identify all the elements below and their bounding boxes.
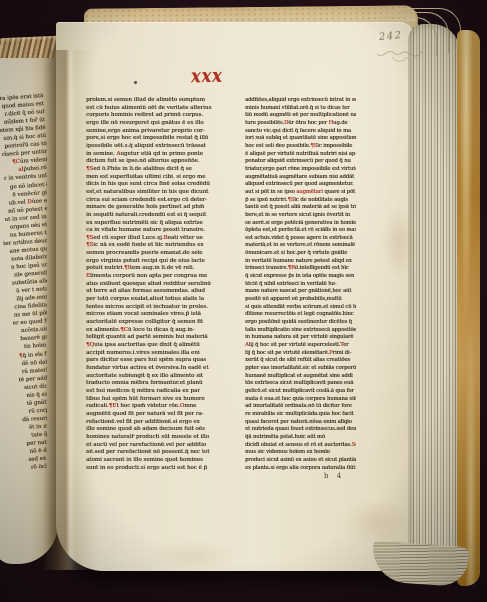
text-line: ipossibile oēt.s.q̄ aliquid extrinsecū t…: [86, 143, 220, 151]
text-line: mane nature nascat per gnātionē,hoc aūt: [245, 288, 356, 296]
text-line: in veritatē humane nature potest aliqd e…: [245, 258, 356, 266]
text-line: ex planta.si ergo alia corpora naturalia…: [245, 465, 356, 473]
text-line: ¶Sed ō.Phūs in li.de aīalibus dicit q̄ s…: [86, 166, 220, 174]
text-line: tantū est q̄ possit aliā materiā ad se i…: [245, 204, 356, 212]
quire-signature: b 4: [324, 472, 341, 480]
text-line: se aerē.si ergo potēciā generativa in ho…: [245, 220, 356, 228]
text-line: ē aliquē per virtutē nutritīuā nutriri n…: [245, 151, 356, 159]
text-line: radicali.¶Et hoc ipsm̄ videtur rōe.Omne: [86, 403, 220, 411]
text-line: quasi faceret per naturā.nōua enim alīqī…: [245, 419, 356, 427]
text-line: ¶Quia ipsa auctoritas que dixit q̄ alimē…: [86, 342, 220, 350]
text-line: ¶Sic nā ex eodē fonte et hīc nutriendus …: [86, 242, 220, 250]
text-line: tentes micros accipit et inchoatur in pr…: [86, 304, 220, 312]
text-line: in humana natura sit per virtutē singula…: [245, 334, 356, 342]
text-line: minis humani vtilitat.orē.q̄ si tu dicas…: [245, 105, 356, 113]
bottom-page-edges: [371, 541, 470, 588]
text-line: triatur,ergo pari rōne impossibile est v…: [245, 166, 356, 174]
text-line: tōe extrīseca sicut multiplicavit panes …: [245, 380, 356, 388]
text-line: auctoritatē expresse colligitur q̄ semen…: [86, 319, 220, 327]
text-line: ex alimento.¶Cū loco tu dicas q̄ aug.in-: [86, 327, 220, 335]
left-page-column-fragment: ra ipōs erat istāEt quod maius estr.dici…: [0, 92, 47, 480]
text-line: telligit quantū ad partē seminis hui mat…: [86, 334, 220, 342]
text-line: ōmunicare.et si hoc.per q̄ virtute gnātī…: [245, 250, 356, 258]
text-line: tibus hui spēm hūt formari sive ex humor…: [86, 396, 220, 404]
text-line: ut terre ad alias formas assumendas. ali…: [86, 288, 220, 296]
text-column-right: additōes,aliquid ergo extrinsecū intrat …: [245, 97, 356, 472]
text-line: illo semine quod ab adam decisum fuit oē…: [86, 426, 220, 434]
text-line: fundatur virtus activa et ōversiva.In ea…: [86, 365, 220, 373]
text-line: auctoritate subiungit q̄ ex illo aliment…: [86, 373, 220, 381]
text-line: ergo virginis potuit recipi qui de eius …: [86, 258, 220, 266]
left-page-text-strip: ra ipōs erat istāEt quod maius estr.dici…: [0, 92, 47, 480]
text-line: ergo ille nō resurgeret qui gnātus ē ex …: [86, 120, 220, 128]
text-line: dītione resurrectōis et legē cognatōis.h…: [245, 311, 356, 319]
text-line: ergo positōnē quidā sustinentur dicētes …: [245, 319, 356, 327]
text-line: corporis hominis rediret ad primū corpus…: [86, 112, 220, 120]
text-line: ¶Sed cū super illud Luce.xj.Beati vēter …: [86, 235, 220, 243]
text-line: semine,ergo anima privaretur proprio cor…: [86, 128, 220, 136]
text-line: q̄ sicut expresse p̄s in ista opīōe magi…: [245, 273, 356, 281]
fore-edge-stack: [408, 24, 460, 580]
text-line: augmētū quod fit per naturā vel fit per …: [86, 411, 220, 419]
text-line: talis multiplicatio sine extrinsecā appo…: [245, 327, 356, 335]
text-line: ppter eas imortalitatē.sic et subiās cor…: [245, 365, 356, 373]
folio-number: 242: [379, 30, 403, 43]
text-line: mata ē eua.et hoc quia corpora humana sū…: [245, 396, 356, 404]
text-line: men est superfluitas ultimi cibi. si erg…: [86, 174, 220, 182]
text-line: in semine. Augetur etiā qd in primo pont…: [86, 151, 220, 159]
text-line: aliquod extrinsecū per quod augmentetur.: [245, 181, 356, 189]
cover-edge: [457, 30, 480, 586]
text-line: ex superfluo nutrimēti sic q̄ aliqua ext…: [86, 220, 220, 228]
text-line: augmētatiuā augmētare subiam nisi addāt: [245, 174, 356, 182]
text-line: sancto vic.qui dicit q̄ facere aliquid i…: [245, 128, 356, 136]
text-line: atomi sacrant in illo semine quot homine…: [86, 457, 220, 465]
text-line: pore,si ergo hoc est impossibile restat …: [86, 135, 220, 143]
text-line: positō nō apparet eē probabilis,multū: [245, 296, 356, 304]
text-line: minare de generatōe hoīs pertinet ad phm…: [86, 204, 220, 212]
text-line: xerūt q̄ sicut de sibī refūit alias crea…: [245, 357, 356, 365]
text-line: ca in vitate humane nature possit transi…: [86, 227, 220, 235]
text-line: additōes,aliquid ergo extrinsecū intrat …: [245, 97, 356, 105]
text-line: dicis in his que sunt circa finē solas c…: [86, 181, 220, 189]
text-line: circa sui sciam credendū est.ergo cū det…: [86, 197, 220, 205]
folio-flourish-icon: [374, 44, 424, 66]
text-line: nē.sed per rarefactionē nō possent.q̄ ne…: [86, 449, 220, 457]
text-line: accipit numeros.i.vires seminales.illa e…: [86, 350, 220, 358]
text-line: ponatur aliquid extrinsecū per quod q̄ n…: [245, 158, 356, 166]
text-line: produci sicut asinū ex asino et sicut pl…: [245, 457, 356, 465]
text-line: q̄ā nutrimēta pstat.huic aūt mō: [245, 434, 356, 442]
text-line: ad imortalitatē ordinata.nō tū dicitur f…: [245, 403, 356, 411]
text-line: est cū huius alimentū oēt de veritate al…: [86, 105, 220, 113]
text-line: gelicō.et sicut multiplicavit coslā.ā qu…: [245, 388, 356, 396]
text-line: in sequēti naturali.credendū est ei q̄ s…: [86, 212, 220, 220]
ink-speck: [134, 81, 137, 84]
text-line: semen procreandis pueris emanat.de seīe: [86, 250, 220, 258]
text-line: sunt in eo producti.si ergo aucti est ho…: [86, 465, 220, 473]
text-line: Alij q̄ hoc sit per virtutē supercelestī…: [245, 342, 356, 350]
text-line: et aucti vel per rarefactionē.vel per ad…: [86, 442, 220, 450]
text-line: aut si pōt in se ipso augmētari quare si…: [245, 189, 356, 197]
text-line: ture possibilēs.Dūr ōtra hoc per Hug.de: [245, 120, 356, 128]
text-line: tēciē q̄ nihil extrīseci in veritatē hu-: [245, 281, 356, 289]
text-line: humanē multiplicat et augmētat sine addi: [245, 373, 356, 381]
text-line: refactionē.vel fit per additionē.si ergo…: [86, 419, 220, 427]
text-line: tij q̄ hoc sit pe virtutē elemētarē.Prim…: [245, 350, 356, 358]
text-line: materiā,et in se vertere.et rōnem semina…: [245, 242, 356, 250]
text-line: per totū corpus exalat.aliud totius aīal…: [86, 296, 220, 304]
text-line: dictum fuit se ipso.nō alterius appositō…: [86, 158, 220, 166]
text-line: Elimenta corporū non apta per congrua me: [86, 273, 220, 281]
text-line: est hui medicos q̄ mēbra radicalia ex pa…: [86, 388, 220, 396]
book-photograph: ra ipōs erat istāEt quod maius estr.dici…: [0, 0, 487, 602]
text-line: hoc est soli deo possibile.¶Sīc impossib…: [245, 143, 356, 151]
text-line: dicidī obuiat et sensus et rō et auctori…: [245, 442, 356, 450]
text-line: est,et naturalibus similiter in his que …: [86, 189, 220, 197]
text-line: micros etiam vocat seminales vires.p̄ is…: [86, 311, 220, 319]
text-column-left: prolem.si semen illud de alimēto sumptum…: [86, 97, 220, 472]
text-line: tiū modū augmēti eē per multiplicationē …: [245, 112, 356, 120]
text-line: atus exiliunt quosque aliud redditur ser…: [86, 281, 220, 289]
text-line: mus sic videmus hoīem ex homīe: [245, 449, 356, 457]
text-line: prolem.si semen illud de alimēto sumptum: [86, 97, 220, 105]
text-line: pars dicitur esse pars hui spēm supra qu…: [86, 357, 220, 365]
text-line: ōpleta est,et perfectā.et rō sciālīs in …: [245, 227, 356, 235]
text-line: et nutrieda quasi fouet extrinsecus.sed …: [245, 426, 356, 434]
text-line: bere,et in se vertere sicut ignis ōverti…: [245, 212, 356, 220]
text-line: potuit nutriri.¶Item aug.in li.de vē rel…: [86, 265, 220, 273]
text-line: p̄ se ipsū nutriri.¶Sīc de nobilitate au…: [245, 197, 356, 205]
text-line: si quis attendāt verba scōrum.et simul c…: [245, 304, 356, 312]
chapter-heading: xxx: [191, 64, 223, 87]
text-line: est actuis.videt q̄ posse agere in extrī…: [245, 235, 356, 243]
text-line: trinseci transire.¶Rō.intelligendū est h…: [245, 265, 356, 273]
text-line: homines naturalr̄ producti sūt moeste et…: [86, 434, 220, 442]
text-line: iori suā subāq et quantitatē sine apposi…: [245, 135, 356, 143]
text-line: re mirabilia sic multiplicāda.quia hoc f…: [245, 411, 356, 419]
text-line: traducto omnia mēbra formantur.et planū: [86, 380, 220, 388]
